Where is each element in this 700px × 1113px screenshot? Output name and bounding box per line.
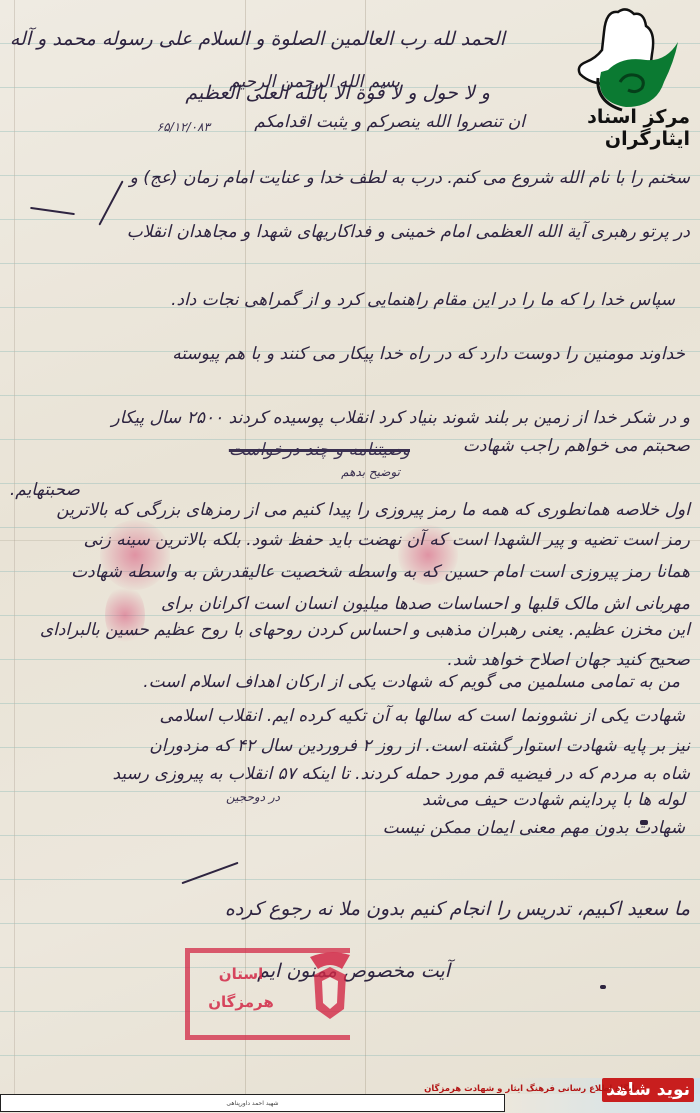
line-text: خداوند مومنین را دوست دارد که در راه خدا…: [172, 344, 685, 364]
line-text: و در شکر خدا از زمین بر بلند شوند بنیاد …: [111, 408, 690, 428]
line-text: من به تمامی مسلمین می گویم که شهادت یکی …: [143, 672, 680, 692]
line-text: نیز بر پایه شهادت استوار گشته است. از رو…: [149, 736, 690, 756]
line-la-hawla: و لا حول و لا قوة الا بالله العلی العظیم: [185, 82, 490, 104]
struck-text: وصیتنامه و چند درخواست: [229, 440, 410, 460]
navid-shahed-subtitle: پایگاه اطلاع رسانی فرهنگ ایثار و شهادت ه…: [424, 1084, 638, 1094]
ink-dot: [640, 820, 648, 825]
archive-center-title: مرکز اسناد ایثارگران: [546, 106, 690, 150]
ink-stroke: [98, 180, 123, 225]
paper-edge: [14, 0, 15, 1094]
stamp-province-name: هرمزگان: [206, 993, 276, 1011]
line-text: مهربانی اش مالک قلبها و احساسات صدها میل…: [161, 594, 690, 614]
line-praise: الحمد لله رب العالمین الصلوة و السلام عل…: [10, 28, 505, 50]
line-text: اول خلاصه همانطوری که همه ما رمز پیروزی …: [56, 500, 690, 520]
line-text: رمز است تضیه و پیر الشهدا است که آن نهضت…: [84, 530, 690, 550]
inserted-text: در دوحجین: [226, 790, 280, 804]
line-text: لوله ها با پرداینم شهادت حیف می‌شد: [422, 790, 685, 810]
navid-shahed-logo: نوید شاهد پایگاه اطلاع رسانی فرهنگ ایثار…: [504, 1078, 700, 1113]
ink-dot: [600, 985, 606, 989]
line-text: همانا رمز پیروزی است امام حسین که به واس…: [71, 562, 690, 582]
inserted-text: توضیح بدهم: [341, 465, 400, 479]
official-stamp: استان هرمزگان: [185, 948, 350, 1040]
letter-paper: الحمد لله رب العالمین الصلوة و السلام عل…: [0, 0, 700, 1094]
line-text: شهادت یکی از نشوونما است که سالها به آن …: [159, 706, 685, 726]
martyr-foundation-emblem-icon: [300, 947, 360, 1027]
hand-leaf-logo-icon: [546, 2, 696, 112]
ink-stroke: [181, 862, 238, 884]
line-text: سپاس خدا را که ما را در این مقام راهنمای…: [171, 290, 675, 310]
stamp-province-label: استان: [206, 965, 276, 983]
line-quran-verse: ان تنصروا الله ینصرکم و یثبت اقدامکم: [254, 112, 525, 132]
line-text: در پرتو رهبری آیة الله العظمی امام خمینی…: [127, 222, 690, 242]
line-text: سخنم را با نام الله شروع می کنم. درب به …: [130, 168, 690, 188]
line-date: ۶۵/۱۲/۰۸۳: [157, 120, 210, 134]
archive-center-logo: مرکز اسناد ایثارگران: [546, 2, 696, 134]
line-text: صحیح کنید جهان اصلاح خواهد شد.: [447, 650, 690, 670]
line-text: صحبتهایم.: [10, 480, 80, 500]
image-caption-bar: شهید احمد داورپناهی: [0, 1094, 505, 1112]
line-text: این مخزن عظیم. یعنی رهبران مذهبی و احساس…: [40, 620, 690, 640]
line-text: صحبتم می خواهم راجب شهادت: [463, 436, 690, 456]
line-closing: ما سعید اکبیم، تدریس را انجام کنیم بدون …: [225, 898, 690, 920]
martyr-name-caption: شهید احمد داورپناهی: [226, 1100, 278, 1107]
line-text: شاه به مردم که در فیضیه قم مورد حمله کرد…: [112, 764, 690, 784]
ink-stroke: [30, 207, 75, 215]
